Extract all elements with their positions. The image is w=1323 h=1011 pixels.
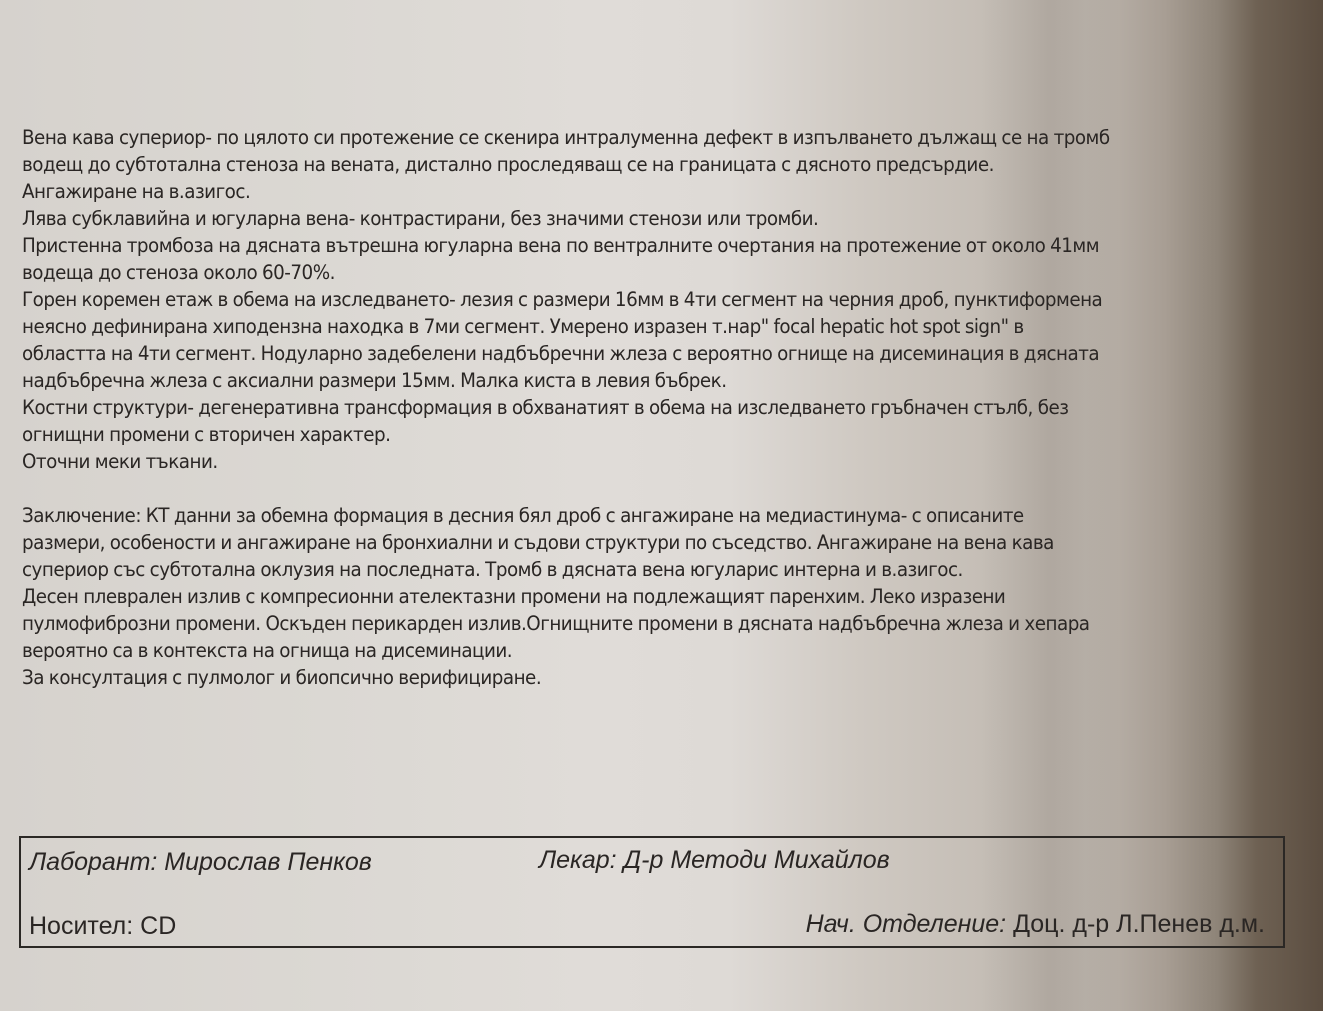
text-line: За консултация с пулмолог и биопсично ве… bbox=[22, 664, 1244, 691]
paragraph-gap bbox=[22, 475, 1244, 502]
text-line: Оточни меки тъкани. bbox=[22, 448, 1244, 475]
paragraph-soft-tissue: Оточни меки тъкани. bbox=[22, 448, 1244, 475]
department-head: Нач. Отделение: Доц. д-р Л.Пенев д.м. bbox=[806, 910, 1265, 939]
lab-technician: Лаборант: Мирослав Пенков bbox=[29, 848, 372, 877]
text-line: Заключение: КТ данни за обемна формация … bbox=[22, 502, 1244, 529]
text-line: Лява субклавийна и югуларна вена- контра… bbox=[22, 205, 1244, 232]
text-line: областта на 4ти сегмент. Нодуларно задеб… bbox=[22, 340, 1244, 367]
paragraph-jugular-thrombosis: Пристенна тромбоза на дясната вътрешна ю… bbox=[22, 232, 1244, 286]
text-line: размери, особености и ангажиране на брон… bbox=[22, 529, 1244, 556]
text-line: Пристенна тромбоза на дясната вътрешна ю… bbox=[22, 232, 1244, 259]
paragraph-abdomen: Горен коремен етаж в обема на изследване… bbox=[22, 286, 1244, 394]
text-line: водещ до субтотална стеноза на вената, д… bbox=[22, 151, 1244, 178]
department-head-label: Нач. Отделение: bbox=[806, 910, 1007, 938]
paragraph-left-veins: Лява субклавийна и югуларна вена- контра… bbox=[22, 205, 1244, 232]
department-head-name: Доц. д-р Л.Пенев д.м. bbox=[1006, 910, 1265, 938]
paragraph-bones: Костни структури- дегенеративна трансфор… bbox=[22, 394, 1244, 448]
conclusion: Заключение: КТ данни за обемна формация … bbox=[22, 502, 1244, 691]
text-line: неясно дефинирана хиподензна находка в 7… bbox=[22, 313, 1244, 340]
text-line: надбъбречна жлеза с аксиални размери 15м… bbox=[22, 367, 1244, 394]
report-body: Вена кава супериор- по цялото си протеже… bbox=[22, 124, 1244, 691]
text-line: водеща до стеноза около 60-70%. bbox=[22, 259, 1244, 286]
doctor: Лекар: Д-р Методи Михайлов bbox=[539, 846, 890, 875]
text-line: пулмофиброзни промени. Оскъден перикарде… bbox=[22, 610, 1244, 637]
paragraph-vena-cava: Вена кава супериор- по цялото си протеже… bbox=[22, 124, 1244, 205]
text-line: супериор със субтотална оклузия на после… bbox=[22, 556, 1244, 583]
text-line: Вена кава супериор- по цялото си протеже… bbox=[22, 124, 1244, 151]
text-line: Десен плеврален излив с компресионни ате… bbox=[22, 583, 1244, 610]
signature-box: Лаборант: Мирослав Пенков Лекар: Д-р Мет… bbox=[19, 836, 1285, 948]
text-line: вероятно са в контекста на огнища на дис… bbox=[22, 637, 1244, 664]
media-type: Носител: CD bbox=[29, 912, 176, 941]
text-line: огнищни промени с вторичен характер. bbox=[22, 421, 1244, 448]
text-line: Костни структури- дегенеративна трансфор… bbox=[22, 394, 1244, 421]
text-line: Ангажиране на в.азигос. bbox=[22, 178, 1244, 205]
text-line: Горен коремен етаж в обема на изследване… bbox=[22, 286, 1244, 313]
